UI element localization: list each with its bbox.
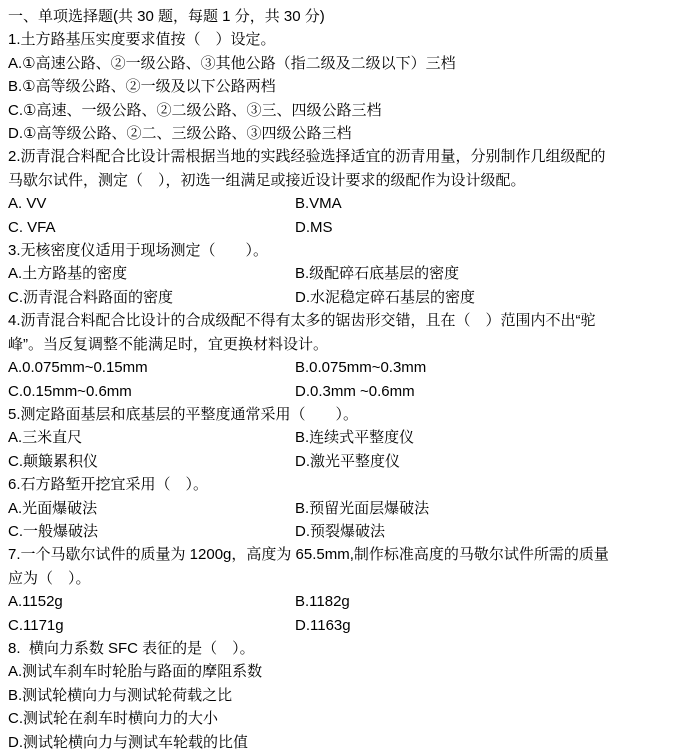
question-block-2: 2.沥青混合料配合比设计需根据当地的实践经验选择适宜的沥青用量，分别制作几组级配… <box>8 145 664 239</box>
option-row: C. VFAD.MS <box>8 216 664 239</box>
option-D: D.测试轮横向力与测试车轮载的比值 <box>8 731 664 749</box>
question-stem: 3.无核密度仪适用于现场测定（ ）。 <box>8 239 664 262</box>
question-block-4: 4.沥青混合料配合比设计的合成级配不得有太多的锯齿形交错，且在（ ）范围内不出“… <box>8 309 664 403</box>
option-D: D.1163g <box>295 614 664 637</box>
question-stem: 8. 横向力系数 SFC 表征的是（ ）。 <box>8 637 664 660</box>
option-row: C.沥青混合料路面的密度D.水泥稳定碎石基层的密度 <box>8 286 664 309</box>
option-C: C.沥青混合料路面的密度 <box>8 286 295 309</box>
exam-page: 一、单项选择题(共 30 题，每题 1 分，共 30 分) 1.土方路基压实度要… <box>0 0 678 749</box>
option-A: A.三米直尺 <box>8 426 295 449</box>
option-A: A.土方路基的密度 <box>8 262 295 285</box>
option-row: C.1171gD.1163g <box>8 614 664 637</box>
option-B: B.1182g <box>295 590 664 613</box>
option-C: C.颠簸累积仪 <box>8 450 295 473</box>
question-stem: 1.土方路基压实度要求值按（ ）设定。 <box>8 28 664 51</box>
option-D: D.预裂爆破法 <box>295 520 664 543</box>
option-A: A.①高速公路、②一级公路、③其他公路（指二级及二级以下）三档 <box>8 52 664 75</box>
question-stem: 6.石方路堑开挖宜采用（ ）。 <box>8 473 664 496</box>
option-row: C.颠簸累积仪D.激光平整度仪 <box>8 450 664 473</box>
question-block-1: 1.土方路基压实度要求值按（ ）设定。A.①高速公路、②一级公路、③其他公路（指… <box>8 28 664 145</box>
question-block-5: 5.测定路面基层和底基层的平整度通常采用（ ）。A.三米直尺B.连续式平整度仪C… <box>8 403 664 473</box>
question-list: 1.土方路基压实度要求值按（ ）设定。A.①高速公路、②一级公路、③其他公路（指… <box>8 28 664 749</box>
option-C: C. VFA <box>8 216 295 239</box>
question-stem: 2.沥青混合料配合比设计需根据当地的实践经验选择适宜的沥青用量，分别制作几组级配… <box>8 145 664 192</box>
option-B: B.①高等级公路、②一级及以下公路两档 <box>8 75 664 98</box>
question-block-6: 6.石方路堑开挖宜采用（ ）。A.光面爆破法B.预留光面层爆破法C.一般爆破法D… <box>8 473 664 543</box>
option-row: C.一般爆破法D.预裂爆破法 <box>8 520 664 543</box>
option-C: C.一般爆破法 <box>8 520 295 543</box>
question-block-3: 3.无核密度仪适用于现场测定（ ）。A.土方路基的密度B.级配碎石底基层的密度C… <box>8 239 664 309</box>
option-C: C.0.15mm~0.6mm <box>8 380 295 403</box>
option-B: B.VMA <box>295 192 664 215</box>
option-C: C.1171g <box>8 614 295 637</box>
option-B: B.0.075mm~0.3mm <box>295 356 664 379</box>
option-A: A.0.075mm~0.15mm <box>8 356 295 379</box>
option-A: A. VV <box>8 192 295 215</box>
option-B: B.级配碎石底基层的密度 <box>295 262 664 285</box>
option-D: D.水泥稳定碎石基层的密度 <box>295 286 664 309</box>
option-row: A.0.075mm~0.15mmB.0.075mm~0.3mm <box>8 356 664 379</box>
option-B: B.测试轮横向力与测试轮荷载之比 <box>8 684 664 707</box>
option-row: A.1152gB.1182g <box>8 590 664 613</box>
question-block-8: 8. 横向力系数 SFC 表征的是（ ）。A.测试车刹车时轮胎与路面的摩阻系数B… <box>8 637 664 749</box>
option-row: A. VVB.VMA <box>8 192 664 215</box>
question-block-7: 7.一个马歇尔试件的质量为 1200g，高度为 65.5mm,制作标准高度的马敬… <box>8 543 664 637</box>
option-A: A.光面爆破法 <box>8 497 295 520</box>
option-D: D.MS <box>295 216 664 239</box>
option-D: D.激光平整度仪 <box>295 450 664 473</box>
question-stem: 7.一个马歇尔试件的质量为 1200g，高度为 65.5mm,制作标准高度的马敬… <box>8 543 664 590</box>
option-D: D.①高等级公路、②二、三级公路、③四级公路三档 <box>8 122 664 145</box>
option-row: C.0.15mm~0.6mmD.0.3mm ~0.6mm <box>8 380 664 403</box>
option-C: C.测试轮在刹车时横向力的大小 <box>8 707 664 730</box>
option-A: A.1152g <box>8 590 295 613</box>
option-D: D.0.3mm ~0.6mm <box>295 380 664 403</box>
option-row: A.光面爆破法B.预留光面层爆破法 <box>8 497 664 520</box>
option-A: A.测试车刹车时轮胎与路面的摩阻系数 <box>8 660 664 683</box>
option-B: B.连续式平整度仪 <box>295 426 664 449</box>
option-row: A.土方路基的密度B.级配碎石底基层的密度 <box>8 262 664 285</box>
section-title: 一、单项选择题(共 30 题，每题 1 分，共 30 分) <box>8 5 664 28</box>
option-B: B.预留光面层爆破法 <box>295 497 664 520</box>
option-C: C.①高速、一级公路、②二级公路、③三、四级公路三档 <box>8 99 664 122</box>
question-stem: 5.测定路面基层和底基层的平整度通常采用（ ）。 <box>8 403 664 426</box>
question-stem: 4.沥青混合料配合比设计的合成级配不得有太多的锯齿形交错，且在（ ）范围内不出“… <box>8 309 664 356</box>
option-row: A.三米直尺B.连续式平整度仪 <box>8 426 664 449</box>
